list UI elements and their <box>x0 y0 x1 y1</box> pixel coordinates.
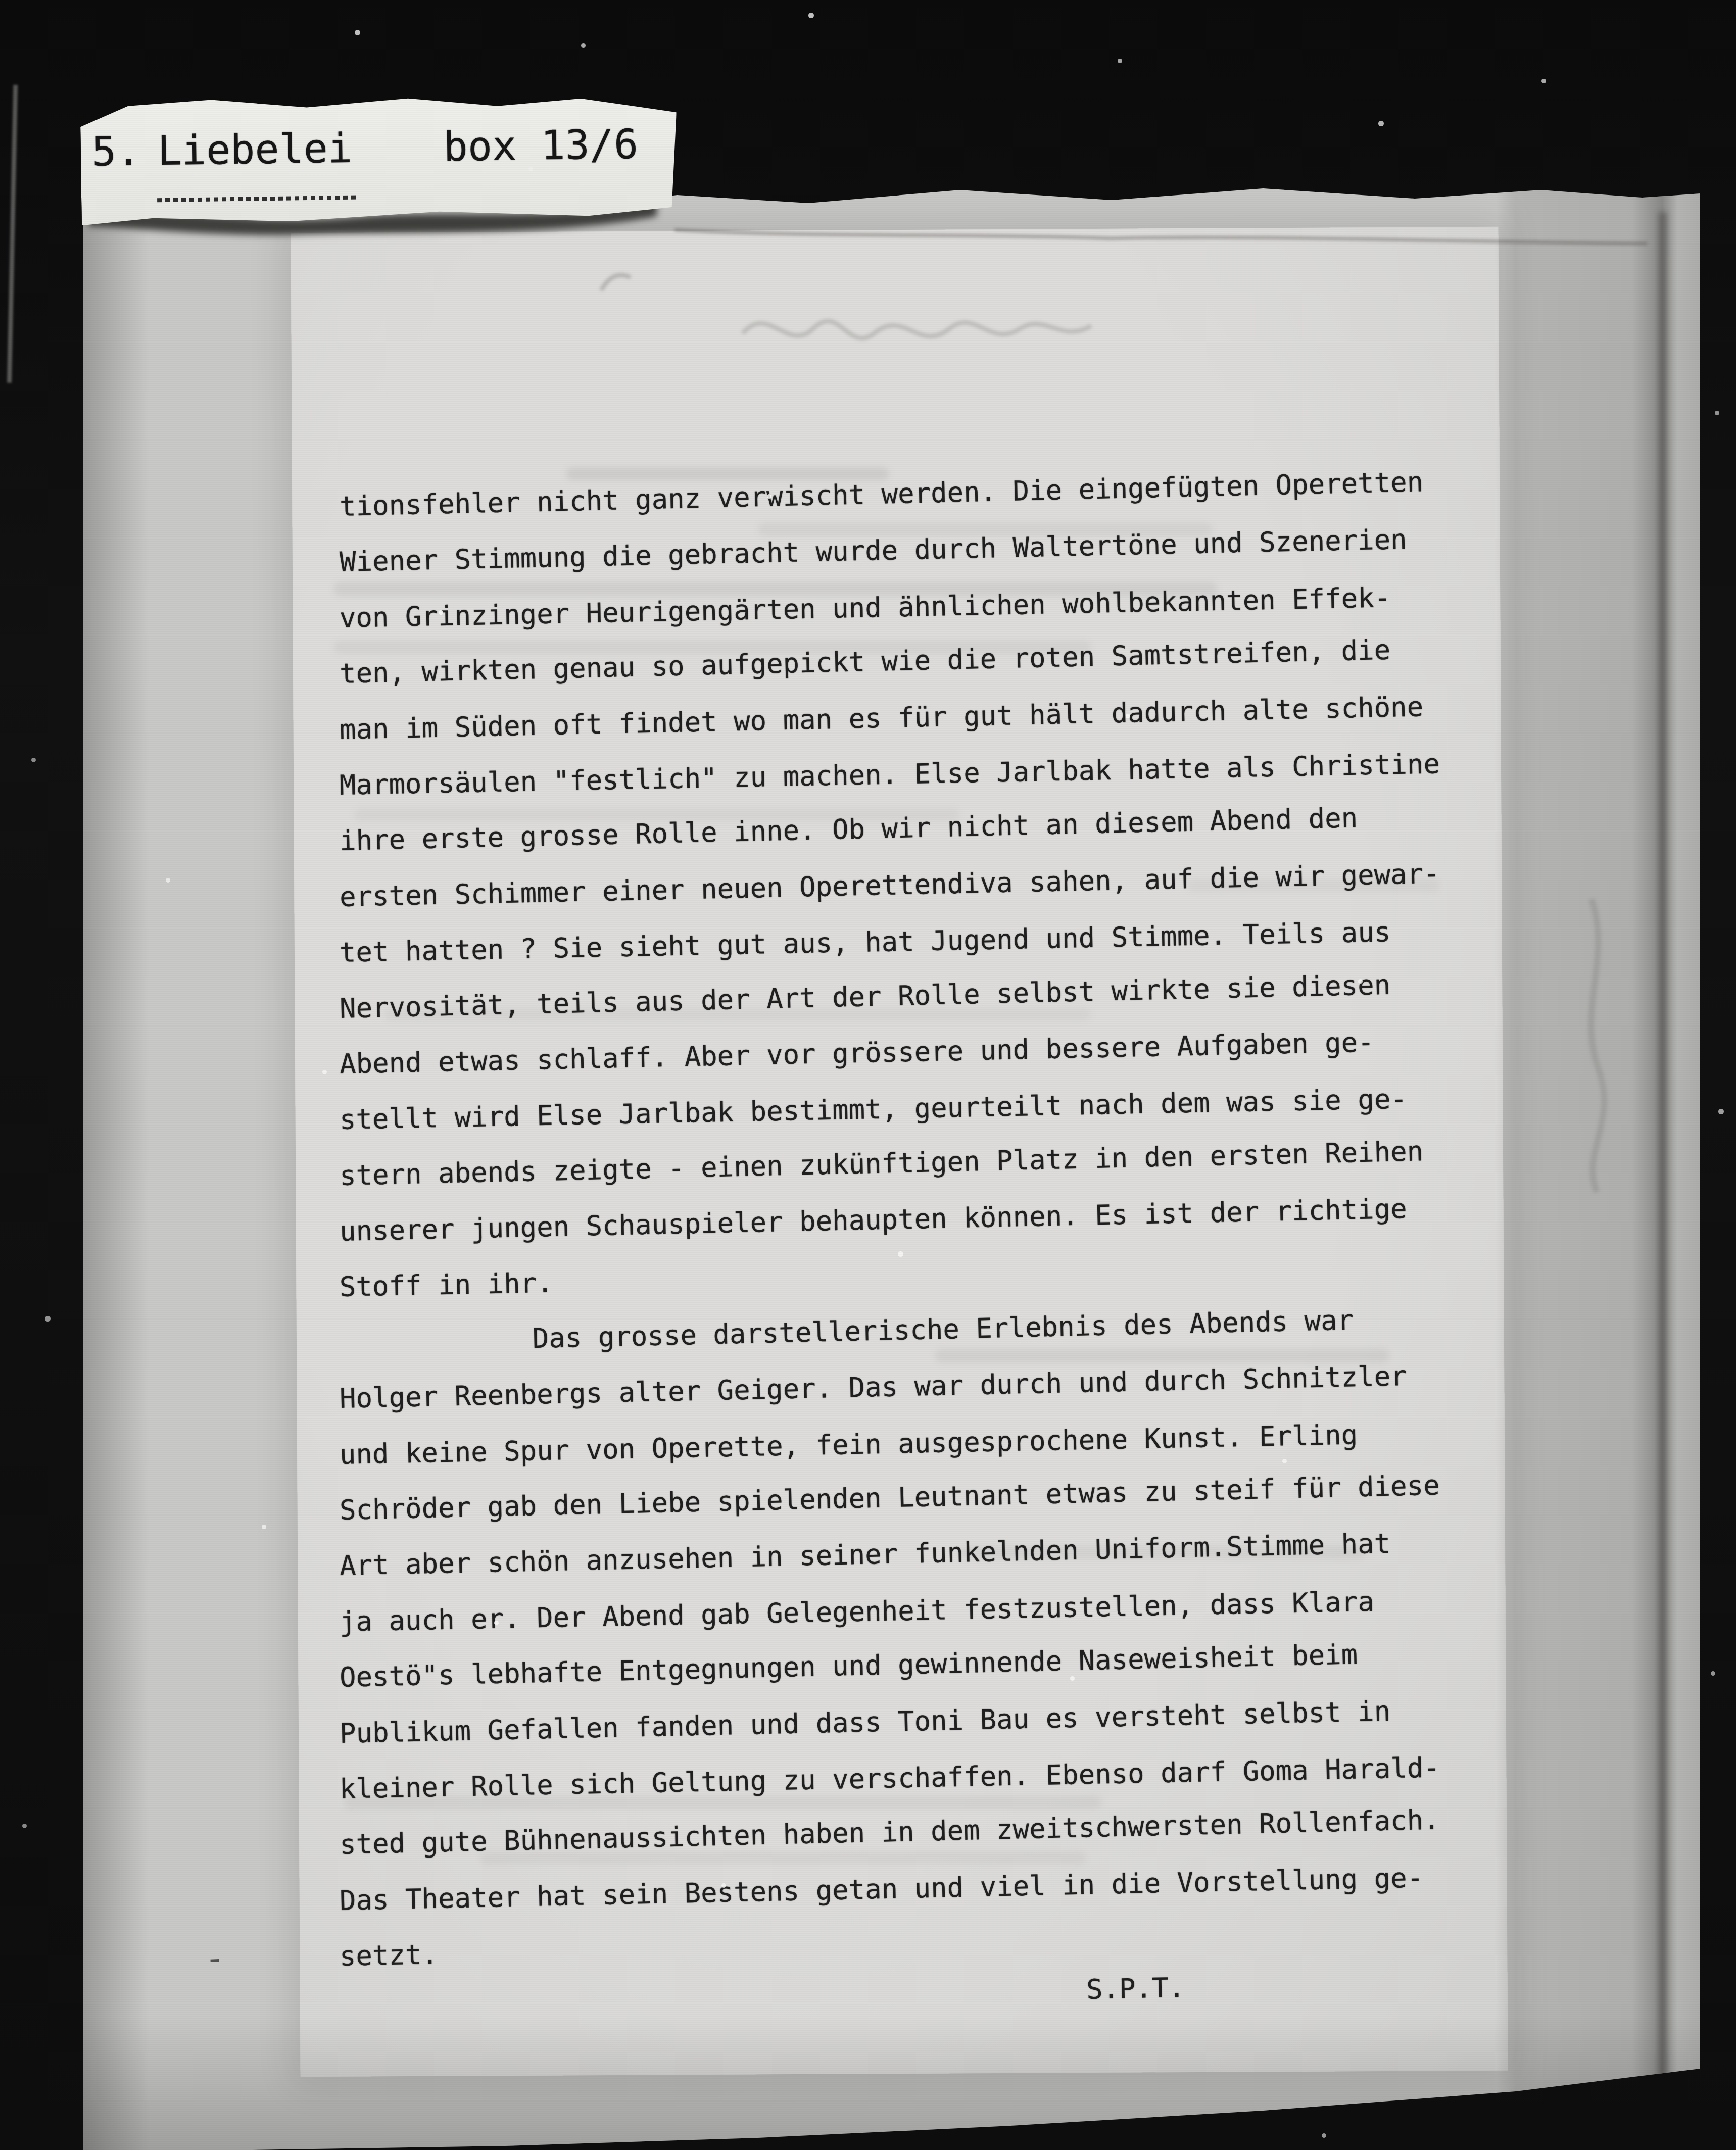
reviewer-initials: S.P.T. <box>1086 1972 1185 2006</box>
paper-crease <box>1659 212 1667 2081</box>
right-edge-shadow <box>1496 0 1700 2150</box>
dust-specks <box>0 0 3 3</box>
typescript-body: tionsfehler nicht ganz verwischt werden.… <box>340 479 1502 1985</box>
bottom-edge-shadow <box>83 2016 1700 2150</box>
index-number: 5. <box>91 128 141 175</box>
scanned-page: tionsfehler nicht ganz verwischt werden.… <box>0 0 1736 2150</box>
box-reference: box 13/6 <box>443 121 639 170</box>
margin-dash-mark: - <box>204 1938 225 1978</box>
archive-index-label: 5. Liebelei box 13/6 <box>80 91 678 225</box>
page-title: Liebelei <box>157 125 353 174</box>
left-edge-shadow <box>83 212 149 2150</box>
scanned-typescript-photo: tionsfehler nicht ganz verwischt werden.… <box>0 0 1736 2150</box>
film-scratch <box>7 85 18 383</box>
title-dotted-underline <box>157 196 358 203</box>
